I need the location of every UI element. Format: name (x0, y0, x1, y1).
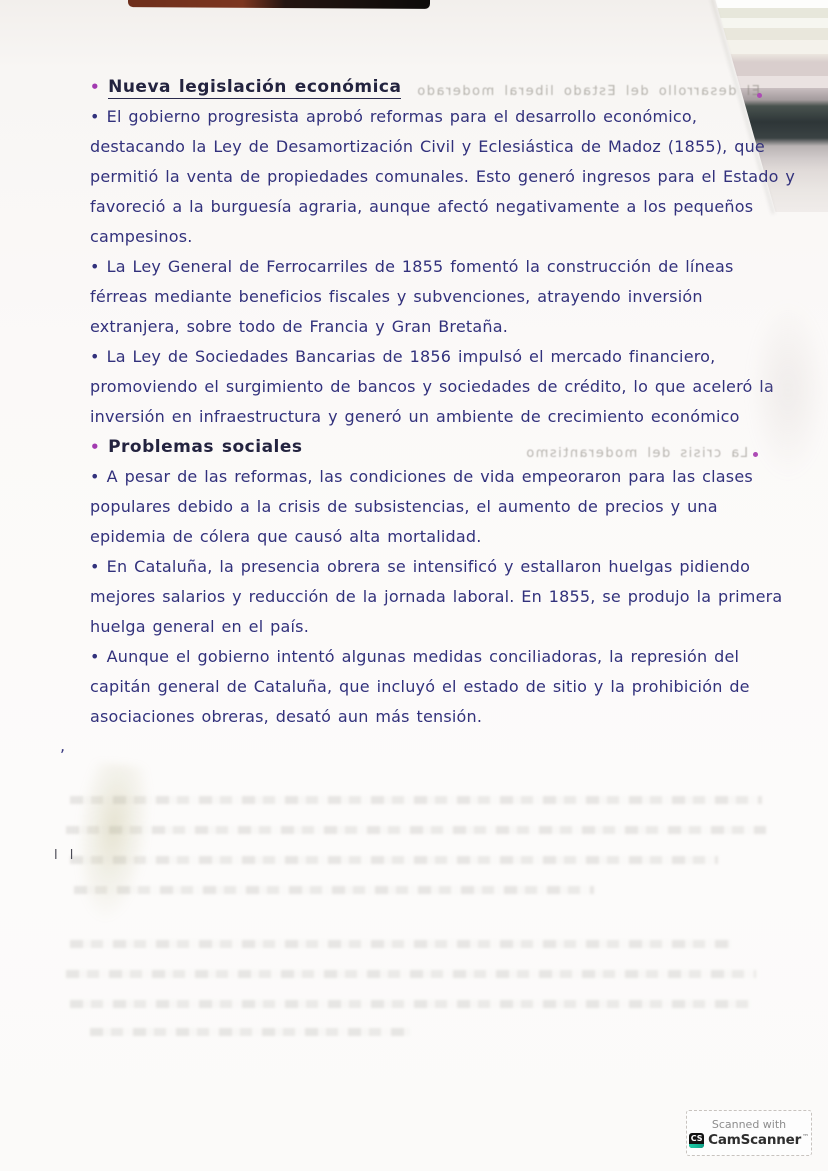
margin-ink-mark: l l (54, 848, 77, 863)
bleedthrough-line (70, 940, 730, 948)
paragraph-text: En Cataluña, la presencia obrera se inte… (90, 557, 782, 636)
heading-text: Nueva legislación económica (108, 77, 401, 99)
paragraph-text: Aunque el gobierno intentó algunas medid… (90, 647, 750, 726)
bullet-marker: • (90, 647, 100, 666)
paragraph-text: La Ley General de Ferrocarriles de 1855 … (90, 257, 734, 336)
section-heading-social-problems: •Problemas sociales (90, 432, 796, 462)
bullet-marker: • (90, 557, 100, 576)
camscanner-logo-icon: CS (689, 1133, 704, 1148)
bleedthrough-line (90, 1028, 410, 1036)
paragraph-huelgas-cataluna: •En Cataluña, la presencia obrera se int… (90, 552, 796, 642)
scanned-notes-page: El desarrollo del Estado liberal moderad… (0, 0, 828, 1171)
camscanner-brand-label: CamScanner™ (708, 1132, 809, 1148)
paragraph-desamortizacion: •El gobierno progresista aprobó reformas… (90, 102, 796, 252)
heading-text: Problemas sociales (108, 437, 302, 457)
paragraph-text: El gobierno progresista aprobó reformas … (90, 107, 795, 246)
heading-bullet: • (90, 438, 100, 456)
bullet-marker: • (90, 107, 100, 126)
camscanner-watermark: Scanned with CS CamScanner™ (686, 1110, 812, 1156)
bleedthrough-line (70, 856, 718, 864)
bullet-marker: • (90, 467, 100, 486)
handwritten-content: •Nueva legislación económica •El gobiern… (90, 72, 796, 732)
paragraph-crisis-subsistencias: •A pesar de las reformas, las condicione… (90, 462, 796, 552)
paragraph-text: A pesar de las reformas, las condiciones… (90, 467, 753, 546)
bullet-marker: • (90, 347, 100, 366)
scanned-with-label: Scanned with (712, 1118, 786, 1131)
cs-icon-text: CS (691, 1135, 703, 1143)
scan-edge-artifact (128, 0, 430, 9)
paper-stain (68, 761, 156, 926)
paper-stain (748, 300, 828, 480)
paragraph-sociedades-bancarias: •La Ley de Sociedades Bancarias de 1856 … (90, 342, 796, 432)
paragraph-text: La Ley de Sociedades Bancarias de 1856 i… (90, 347, 774, 426)
trademark-symbol: ™ (802, 1133, 809, 1141)
bleedthrough-line (66, 970, 756, 978)
bleedthrough-line (66, 826, 766, 834)
section-heading-economic-legislation: •Nueva legislación económica (90, 72, 796, 102)
bullet-marker: • (90, 257, 100, 276)
camscanner-brand-row: CS CamScanner™ (689, 1132, 809, 1148)
bleedthrough-line (70, 796, 762, 804)
bleedthrough-line (70, 1000, 750, 1008)
heading-bullet: • (90, 78, 100, 96)
paragraph-ferrocarriles: •La Ley General de Ferrocarriles de 1855… (90, 252, 796, 342)
bleedthrough-line (74, 886, 594, 894)
cs-icon-teal-accent (689, 1144, 704, 1148)
paragraph-represion: •Aunque el gobierno intentó algunas medi… (90, 642, 796, 732)
margin-ink-mark: , (60, 736, 65, 755)
